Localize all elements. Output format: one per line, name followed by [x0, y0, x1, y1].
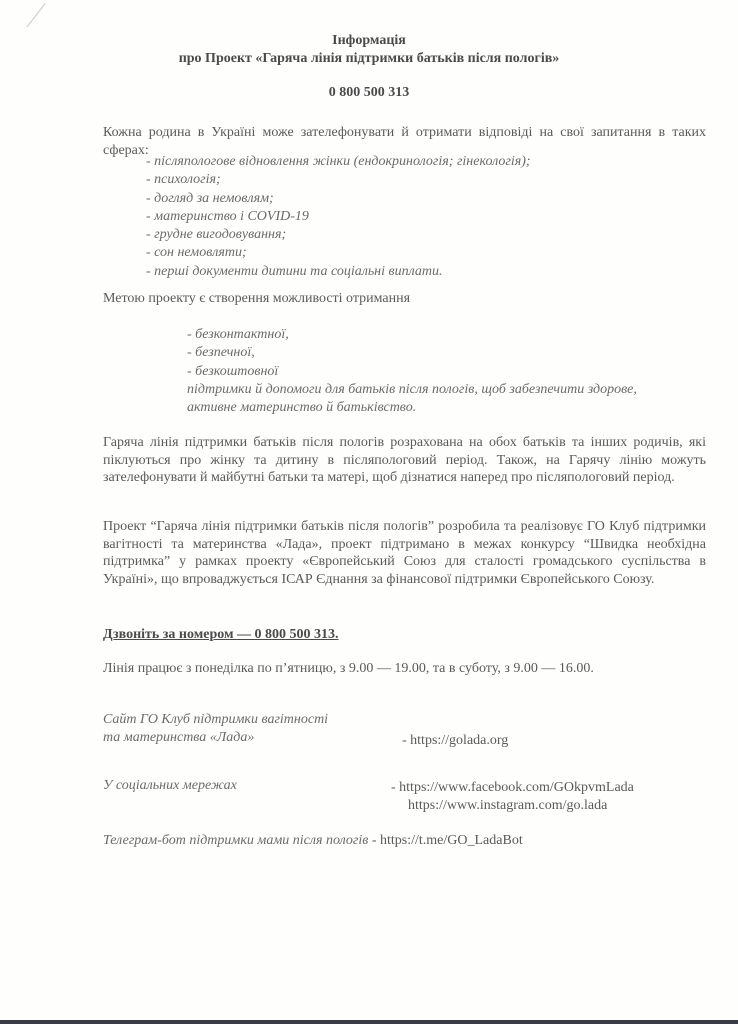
site-link[interactable]: - https://golada.org — [402, 732, 508, 750]
topics-list: - післяпологове відновлення жінки (ендок… — [146, 153, 531, 281]
call-to-action: Дзвоніть за номером — 0 800 500 313. — [103, 626, 339, 644]
telegram-link[interactable]: - https://t.me/GO_LadaBot — [368, 833, 522, 848]
topic-item: - психологія; — [146, 171, 531, 189]
telegram-label: Телеграм-бот підтримки мами після пологі… — [103, 833, 368, 848]
topic-item: - догляд за немовлям; — [146, 190, 531, 208]
goal-continuation: активне материнство й батьківство. — [187, 399, 637, 417]
topic-item: - перші документи дитини та соціальні ви… — [146, 263, 531, 281]
scan-artifact — [27, 3, 46, 27]
social-label: У соціальних мережах — [103, 777, 237, 795]
topic-item: - післяпологове відновлення жінки (ендок… — [146, 153, 531, 171]
document-subtitle: про Проект «Гаряча лінія підтримки батьк… — [0, 50, 738, 68]
facebook-link[interactable]: - https://www.facebook.com/GOkpvmLada — [391, 779, 634, 797]
scanner-edge — [0, 1020, 738, 1024]
topic-item: - грудне вигодовування; — [146, 226, 531, 244]
hotline-phone: 0 800 500 313 — [0, 84, 738, 102]
hotline-paragraph: Гаряча лінія підтримки батьків після пол… — [103, 434, 706, 487]
goal-continuation: підтримки й допомоги для батьків після п… — [187, 381, 637, 399]
goal-item: - безпечної, — [187, 344, 637, 362]
goal-list: - безконтактної, - безпечної, - безкошто… — [187, 326, 637, 417]
topic-item: - сон немовляти; — [146, 244, 531, 262]
topic-item: - материнство і COVID-19 — [146, 208, 531, 226]
telegram-row: Телеграм-бот підтримки мами після пологі… — [103, 832, 523, 850]
document-title: Інформація — [0, 32, 738, 50]
working-hours: Лінія працює з понеділка по п’ятницю, з … — [103, 660, 594, 678]
goal-paragraph: Метою проекту є створення можливості отр… — [103, 290, 410, 308]
scanned-page: Інформація про Проект «Гаряча лінія підт… — [0, 0, 738, 1020]
instagram-link[interactable]: https://www.instagram.com/go.lada — [408, 797, 607, 815]
goal-item: - безкоштовної — [187, 363, 637, 381]
goal-item: - безконтактної, — [187, 326, 637, 344]
project-paragraph: Проект “Гаряча лінія підтримки батьків п… — [103, 518, 706, 588]
site-label: Сайт ГО Клуб підтримки вагітності — [103, 711, 328, 729]
site-label-cont: та материнства «Лада» — [103, 729, 254, 747]
